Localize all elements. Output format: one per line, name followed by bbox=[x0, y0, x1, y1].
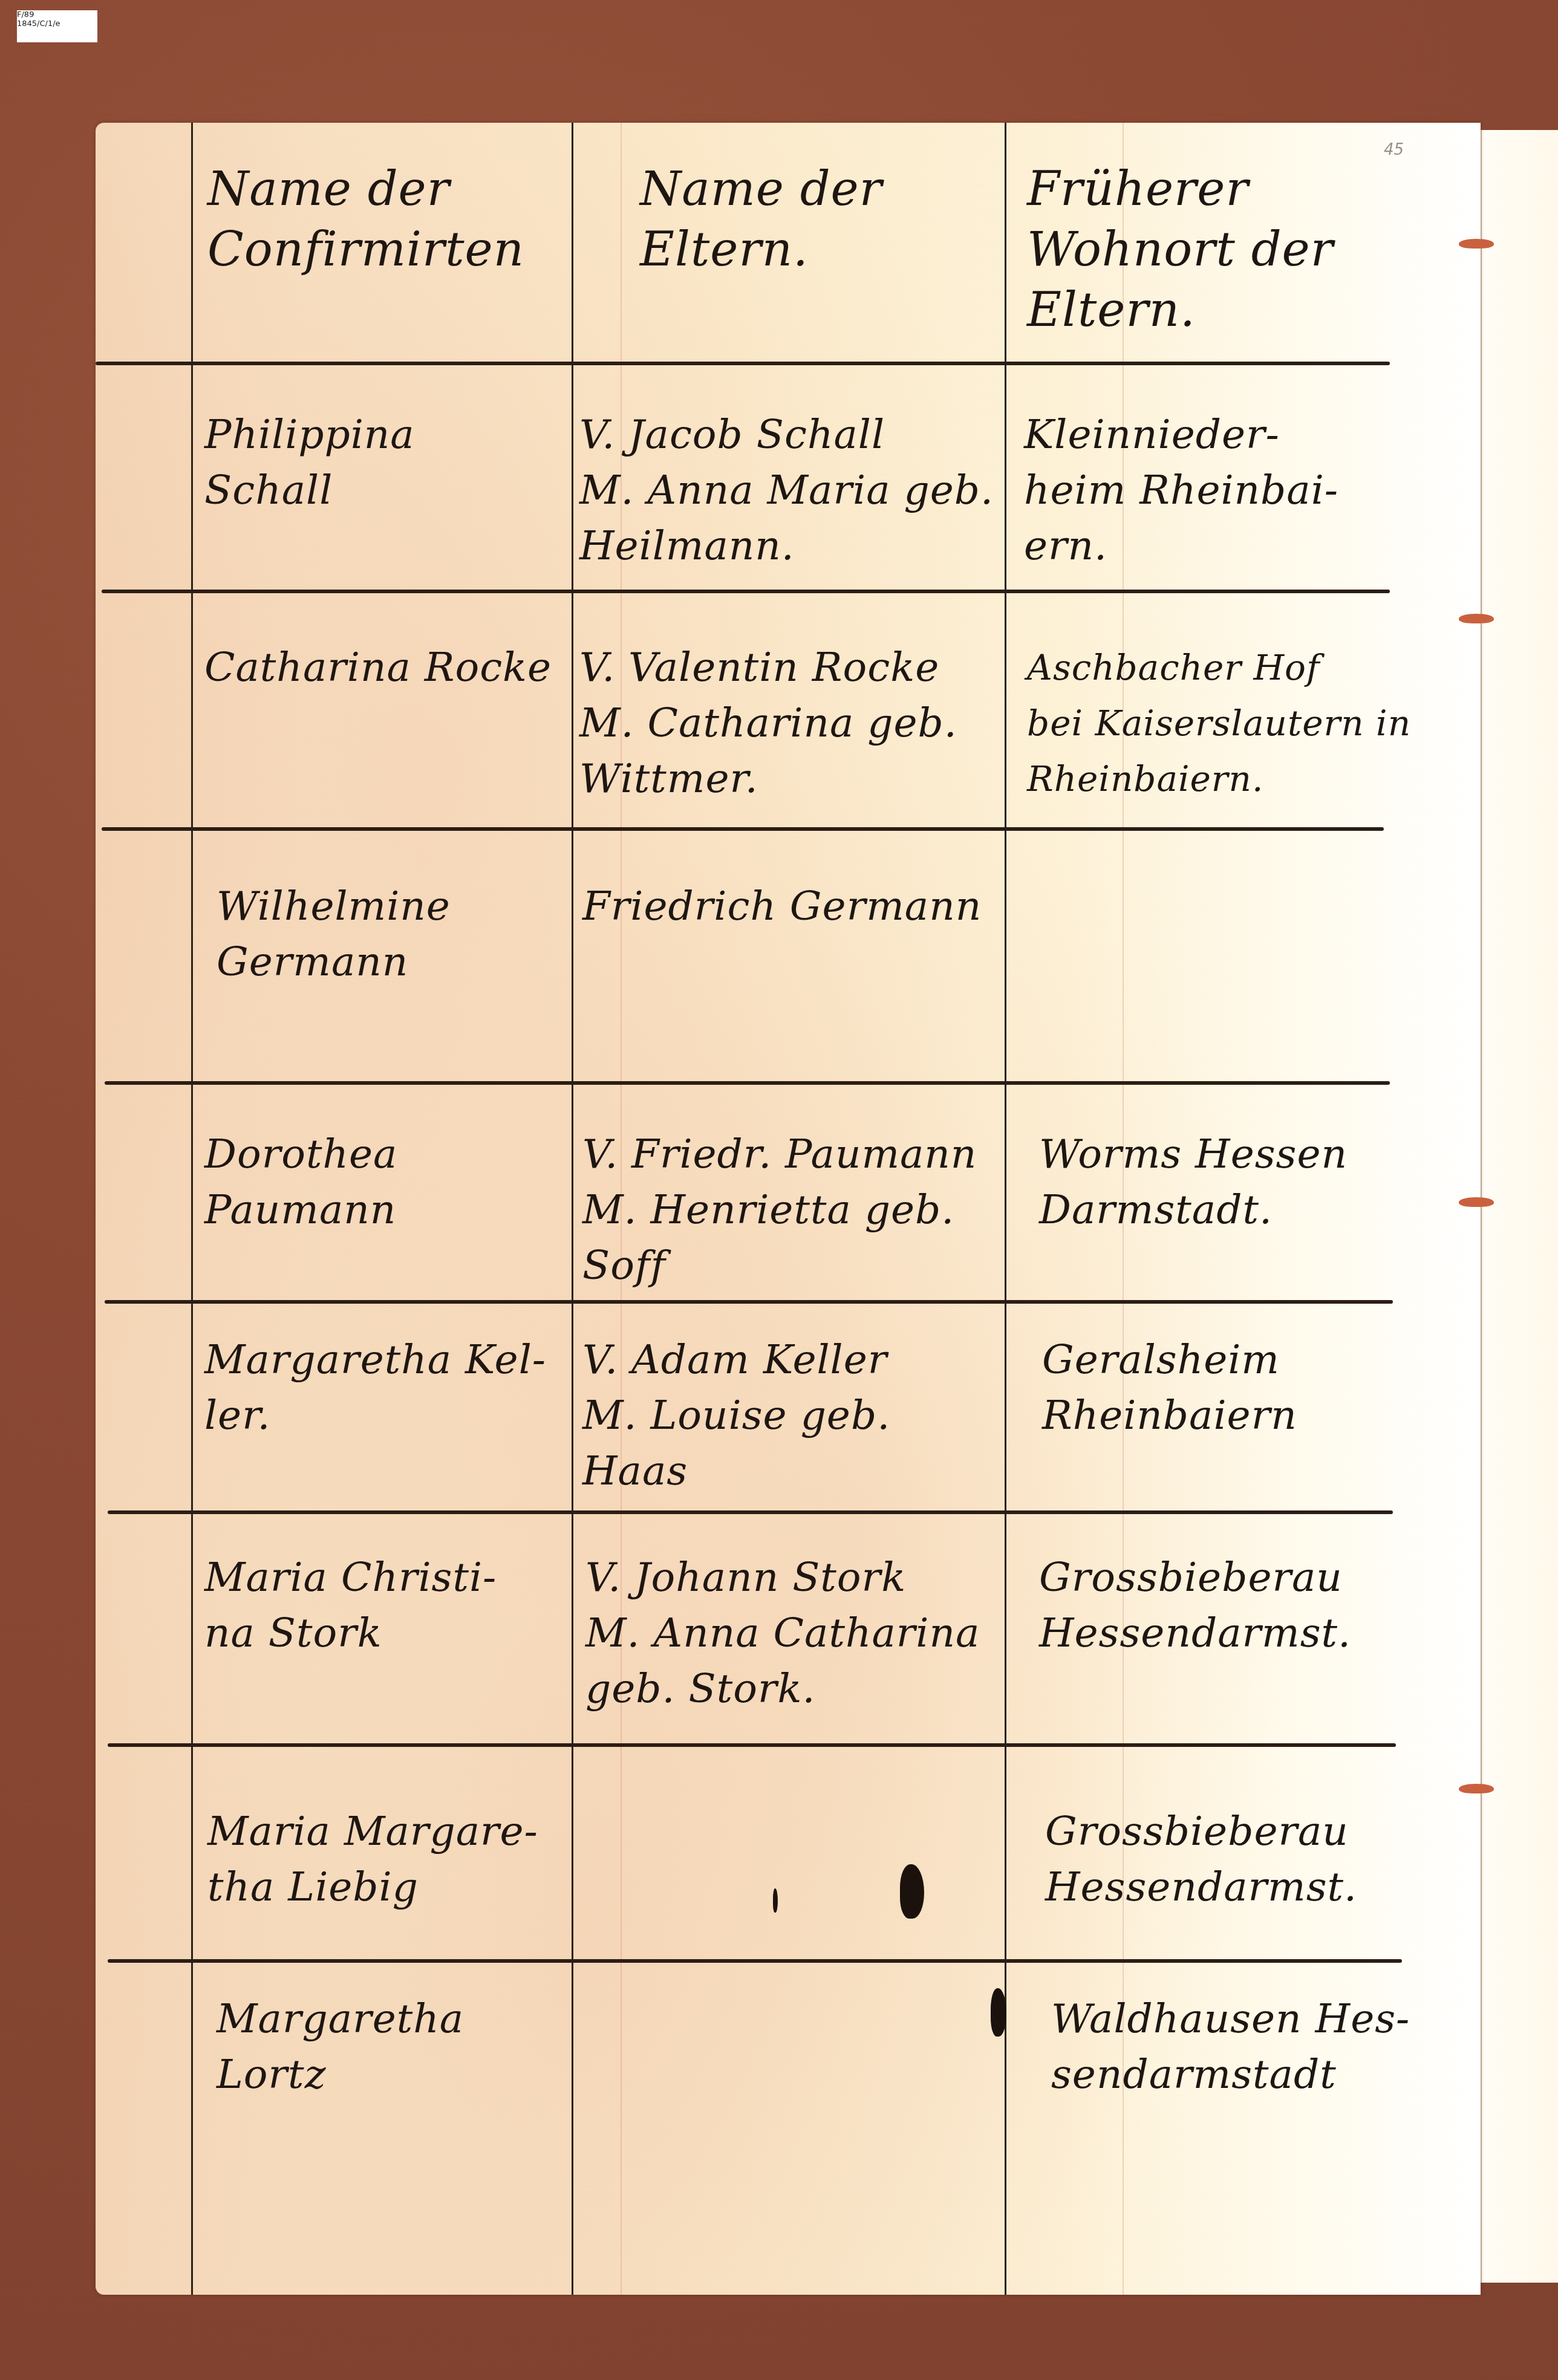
row-3-confirmand: Wilhelmine Germann bbox=[217, 879, 567, 990]
header-former-residence: Früherer Wohnort der Eltern. bbox=[1027, 159, 1402, 340]
reference-line-2: 1845/C/1/e bbox=[17, 19, 97, 28]
row-2-confirmand: Catharina Rocke bbox=[204, 640, 573, 695]
ink-blot bbox=[773, 1888, 778, 1913]
row-1-former-residence: Kleinnieder- heim Rheinbai- ern. bbox=[1024, 407, 1399, 574]
row-rule bbox=[102, 590, 1390, 593]
margin-rule bbox=[191, 123, 193, 2295]
row-6-parents: V. Johann Stork M. Anna Catharina geb. S… bbox=[585, 1550, 1009, 1717]
row-rule bbox=[102, 827, 1384, 831]
row-5-former-residence: Geralsheim Rheinbaiern bbox=[1042, 1332, 1417, 1443]
row-7-former-residence: Grossbieberau Hessendarmst. bbox=[1045, 1804, 1420, 1915]
row-5-parents: V. Adam Keller M. Louise geb. Haas bbox=[582, 1332, 1006, 1499]
row-rule bbox=[108, 1743, 1396, 1747]
register-page: 45 Name der Confirmirten Name der Eltern… bbox=[96, 123, 1481, 2295]
row-1-confirmand: Philippina Schall bbox=[204, 407, 567, 518]
row-1-parents: V. Jacob Schall M. Anna Maria geb. Heilm… bbox=[579, 407, 1003, 574]
confirmation-register-table: Name der Confirmirten Name der Eltern. F… bbox=[96, 123, 1481, 2295]
reference-line-1: F/89 bbox=[17, 10, 97, 19]
row-3-parents: Friedrich Germann bbox=[582, 879, 1006, 934]
row-rule bbox=[96, 362, 1390, 365]
adjacent-page-edge bbox=[1481, 130, 1558, 2283]
row-rule bbox=[108, 1959, 1402, 1963]
row-5-confirmand: Margaretha Kel- ler. bbox=[204, 1332, 573, 1443]
header-confirmand-name: Name der Confirmirten bbox=[207, 159, 570, 280]
row-2-former-residence: Aschbacher Hof bei Kaiserslautern in Rhe… bbox=[1027, 640, 1414, 807]
binding-stitch bbox=[1459, 1197, 1494, 1207]
ink-blot bbox=[991, 1988, 1006, 2037]
row-7-confirmand: Maria Margare- tha Liebig bbox=[207, 1804, 576, 1915]
row-4-parents: V. Friedr. Paumann M. Henrietta geb. Sof… bbox=[582, 1127, 1006, 1293]
row-6-former-residence: Grossbieberau Hessendarmst. bbox=[1039, 1550, 1414, 1661]
header-parents-name: Name der Eltern. bbox=[640, 159, 1003, 280]
row-rule bbox=[105, 1300, 1393, 1304]
row-8-confirmand: Margaretha Lortz bbox=[217, 1991, 585, 2102]
row-4-confirmand: Dorothea Paumann bbox=[204, 1127, 573, 1238]
binding-stitch bbox=[1459, 1784, 1494, 1793]
row-2-parents: V. Valentin Rocke M. Catharina geb. Witt… bbox=[579, 640, 1003, 807]
ink-blot bbox=[900, 1864, 924, 1919]
row-rule bbox=[108, 1510, 1393, 1514]
row-6-confirmand: Maria Christi- na Stork bbox=[204, 1550, 573, 1661]
row-8-former-residence: Waldhausen Hes- sendarmstadt bbox=[1051, 1991, 1426, 2102]
archive-reference-label: F/89 1845/C/1/e bbox=[17, 10, 97, 42]
binding-stitch bbox=[1459, 239, 1494, 249]
row-rule bbox=[105, 1081, 1390, 1085]
binding-stitch bbox=[1459, 614, 1494, 623]
row-4-former-residence: Worms Hessen Darmstadt. bbox=[1039, 1127, 1414, 1238]
